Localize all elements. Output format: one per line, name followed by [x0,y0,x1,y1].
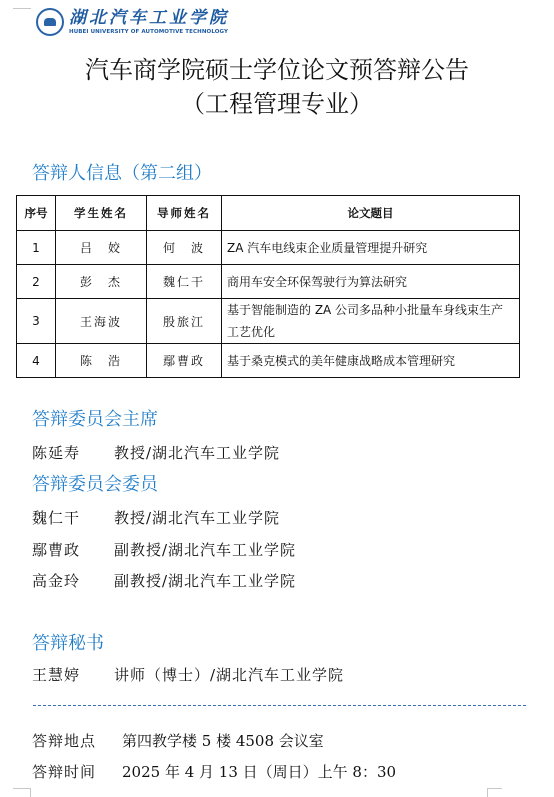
table-row: 4 陈 浩 鄢曹政 基于桑克模式的美年健康战略成本管理研究 [17,344,520,378]
page-corner-mark [13,788,31,797]
person-title: 讲师（博士）/湖北汽车工业学院 [114,665,344,685]
cell-advisor: 鄢曹政 [147,344,222,378]
page-subtitle: （工程管理专业） [0,88,554,120]
section-heading-chair: 答辩委员会主席 [32,408,158,432]
cell-student: 彭 杰 [56,265,147,299]
time-label: 答辩时间 [32,762,122,782]
cell-advisor: 何 波 [147,231,222,265]
cell-no: 4 [17,344,56,378]
person-title: 副教授/湖北汽车工业学院 [114,571,296,591]
person-name: 王慧婷 [32,665,114,685]
location-value: 第四教学楼 5 楼 4508 会议室 [122,731,324,751]
secretary-entry: 王慧婷 讲师（博士）/湖北汽车工业学院 [32,665,344,685]
table-row: 2 彭 杰 魏仁干 商用车安全环保驾驶行为算法研究 [17,265,520,299]
section-heading-members: 答辩委员会委员 [32,473,158,497]
school-name-en: HUBEI UNIVERSITY OF AUTOMOTIVE TECHNOLOG… [69,28,229,36]
university-seal-icon [36,8,64,36]
column-header-student: 学生姓名 [56,196,147,231]
cell-student: 王海波 [56,299,147,344]
cell-student: 吕 姣 [56,231,147,265]
cell-topic: 基于桑克模式的美年健康战略成本管理研究 [222,344,520,378]
dashed-divider [33,705,526,706]
cell-student: 陈 浩 [56,344,147,378]
chair-entry: 陈延寿 教授/湖北汽车工业学院 [32,443,280,463]
column-header-advisor: 导师姓名 [147,196,222,231]
person-name: 鄢曹政 [32,540,114,560]
cell-topic: 基于智能制造的 ZA 公司多品种小批量车身线束生产工艺优化 [222,299,520,344]
table-row: 3 王海波 殷旅江 基于智能制造的 ZA 公司多品种小批量车身线束生产工艺优化 [17,299,520,344]
person-name: 魏仁干 [32,508,114,528]
section-heading-defenders: 答辩人信息（第二组） [32,162,212,186]
page-title: 汽车商学院硕士学位论文预答辩公告 [0,54,554,86]
person-title: 教授/湖北汽车工业学院 [114,508,280,528]
cell-advisor: 魏仁干 [147,265,222,299]
section-heading-secretary: 答辩秘书 [32,632,104,656]
column-header-topic: 论文题目 [222,196,520,231]
cell-no: 3 [17,299,56,344]
location-label: 答辩地点 [32,731,122,751]
cell-topic: ZA 汽车电线束企业质量管理提升研究 [222,231,520,265]
page-corner-mark [487,788,502,797]
university-logo-text: 湖北汽车工业学院 HUBEI UNIVERSITY OF AUTOMOTIVE … [69,8,229,36]
cell-topic: 商用车安全环保驾驶行为算法研究 [222,265,520,299]
table-row: 1 吕 姣 何 波 ZA 汽车电线束企业质量管理提升研究 [17,231,520,265]
person-name: 陈延寿 [32,443,114,463]
column-header-no: 序号 [17,196,56,231]
member-entry: 魏仁干 教授/湖北汽车工业学院 [32,508,280,528]
person-name: 高金玲 [32,571,114,591]
school-name-cn: 湖北汽车工业学院 [69,8,229,28]
time-value: 2025 年 4 月 13 日（周日）上午 8：30 [122,762,396,782]
university-header: 湖北汽车工业学院 HUBEI UNIVERSITY OF AUTOMOTIVE … [36,8,229,36]
cell-advisor: 殷旅江 [147,299,222,344]
person-title: 教授/湖北汽车工业学院 [114,443,280,463]
person-title: 副教授/湖北汽车工业学院 [114,540,296,560]
defense-time: 答辩时间 2025 年 4 月 13 日（周日）上午 8：30 [32,762,396,782]
defense-location: 答辩地点 第四教学楼 5 楼 4508 会议室 [32,731,324,751]
table-header-row: 序号 学生姓名 导师姓名 论文题目 [17,196,520,231]
cell-no: 2 [17,265,56,299]
defender-table: 序号 学生姓名 导师姓名 论文题目 1 吕 姣 何 波 ZA 汽车电线束企业质量… [16,195,520,378]
member-entry: 鄢曹政 副教授/湖北汽车工业学院 [32,540,296,560]
page-corner-mark [13,0,31,9]
cell-no: 1 [17,231,56,265]
member-entry: 高金玲 副教授/湖北汽车工业学院 [32,571,296,591]
